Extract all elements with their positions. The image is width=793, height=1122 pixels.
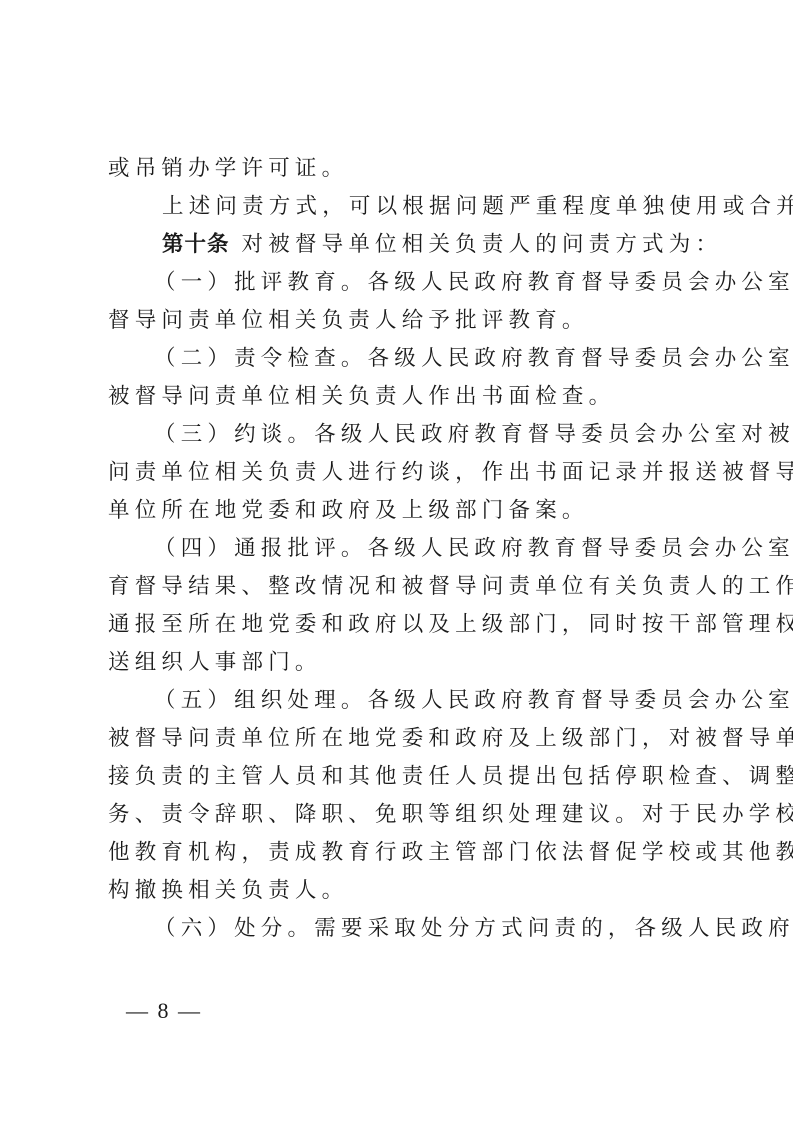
text-line: 或吊销办学许可证。 xyxy=(108,150,702,188)
article-text: 对被督导单位相关负责人的问责方式为： xyxy=(230,232,723,257)
list-item-line: （六）处分。需要采取处分方式问责的，各级人民政府教育 xyxy=(108,910,702,948)
text-line: 单位所在地党委和政府及上级部门备案。 xyxy=(108,492,702,530)
list-item-line: （四）通报批评。各级人民政府教育督导委员会办公室将教 xyxy=(108,530,702,568)
text-line: 送组织人事部门。 xyxy=(108,644,702,682)
text-line: 育督导结果、整改情况和被督导问责单位有关负责人的工作表现 xyxy=(108,568,702,606)
text-line: 通报至所在地党委和政府以及上级部门，同时按干部管理权限抄 xyxy=(108,606,702,644)
text-line: 督导问责单位相关负责人给予批评教育。 xyxy=(108,302,702,340)
article-heading-line: 第十条 对被督导单位相关负责人的问责方式为： xyxy=(108,226,702,264)
list-item-line: （二）责令检查。各级人民政府教育督导委员会办公室责令 xyxy=(108,340,702,378)
body-text: 或吊销办学许可证。 上述问责方式，可以根据问题严重程度单独使用或合并使用。 第十… xyxy=(108,150,702,948)
text-line: 接负责的主管人员和其他责任人员提出包括停职检查、调整职 xyxy=(108,758,702,796)
text-line: 被督导问责单位所在地党委和政府及上级部门，对被督导单位直 xyxy=(108,720,702,758)
list-item-line: （一）批评教育。各级人民政府教育督导委员会办公室对被 xyxy=(108,264,702,302)
list-item-line: （三）约谈。各级人民政府教育督导委员会办公室对被督导 xyxy=(108,416,702,454)
text-line: 问责单位相关负责人进行约谈，作出书面记录并报送被督导问责 xyxy=(108,454,702,492)
text-line: 被督导问责单位相关负责人作出书面检查。 xyxy=(108,378,702,416)
text-line: 他教育机构，责成教育行政主管部门依法督促学校或其他教育机 xyxy=(108,834,702,872)
page-number: — 8 — xyxy=(126,998,202,1024)
list-item-line: （五）组织处理。各级人民政府教育督导委员会办公室通知 xyxy=(108,682,702,720)
article-number: 第十条 xyxy=(162,232,230,257)
text-line: 构撤换相关负责人。 xyxy=(108,872,702,910)
document-page: 或吊销办学许可证。 上述问责方式，可以根据问题严重程度单独使用或合并使用。 第十… xyxy=(0,0,793,1122)
text-line: 务、责令辞职、降职、免职等组织处理建议。对于民办学校或其 xyxy=(108,796,702,834)
text-line: 上述问责方式，可以根据问题严重程度单独使用或合并使用。 xyxy=(108,188,702,226)
